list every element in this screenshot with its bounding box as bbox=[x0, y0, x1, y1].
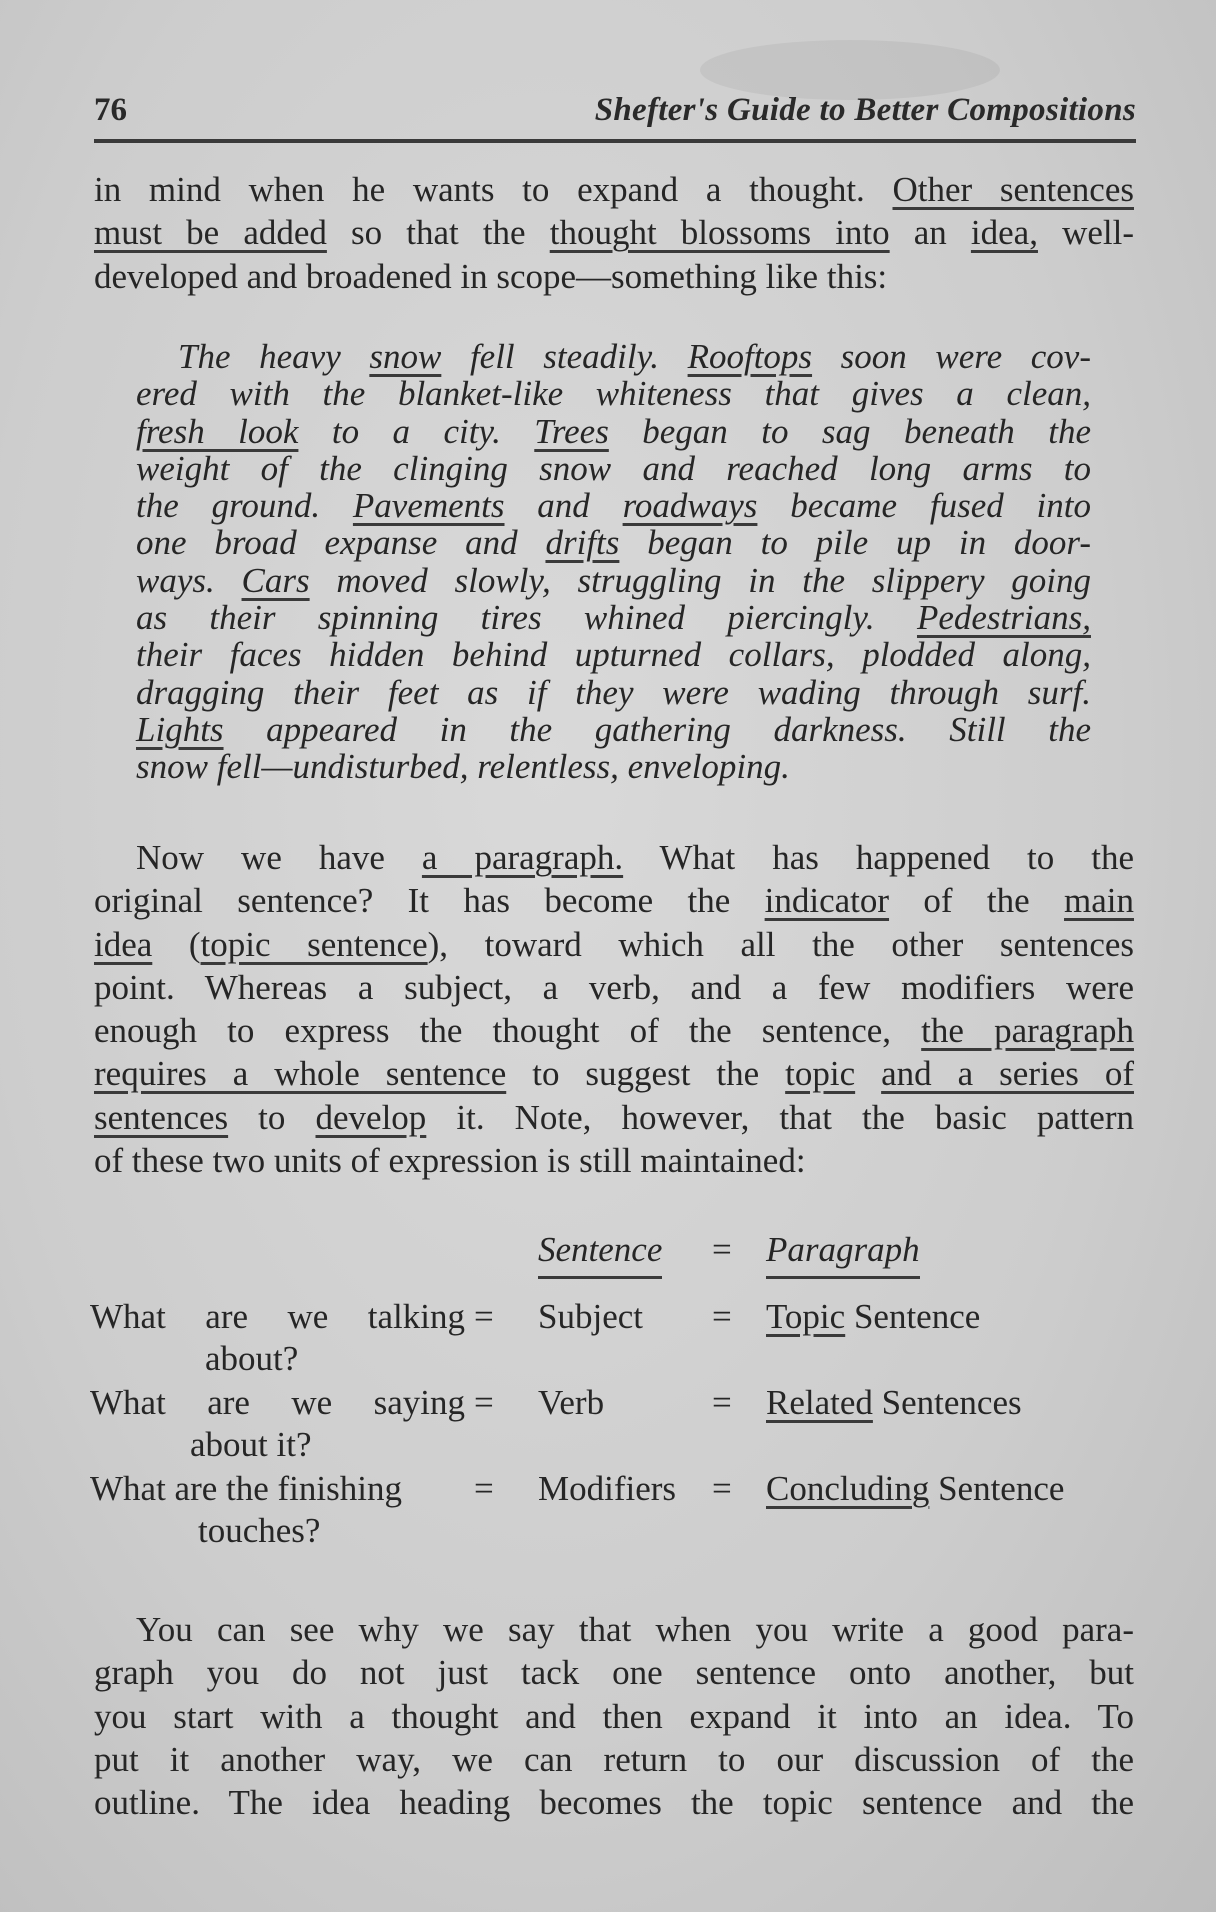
text-run: began to sag beneath the bbox=[609, 412, 1091, 451]
text-run: put it another way, we can return to our… bbox=[94, 1740, 1134, 1779]
paragraph-part: Topic Sentence bbox=[766, 1296, 980, 1338]
text-run: ways. bbox=[136, 561, 242, 600]
equals-sign: = bbox=[474, 1382, 494, 1424]
text-run: in mind when he wants to expand a though… bbox=[94, 170, 893, 209]
underlined-phrase: and a series of bbox=[881, 1054, 1134, 1093]
text-run: weight of the clinging snow and reached … bbox=[136, 449, 1091, 488]
text-run: ), toward which all the other sentences bbox=[428, 925, 1134, 964]
comparison-row: What are the finishing touches? = Modifi… bbox=[90, 1468, 1140, 1554]
text-line: The heavy snow fell steadily. Rooftops s… bbox=[136, 338, 1091, 375]
text-run: dragging their feet as if they were wadi… bbox=[136, 673, 1091, 712]
underlined-phrase: Pavements bbox=[353, 486, 505, 525]
header-rule bbox=[94, 139, 1136, 143]
text-run: outline. The idea heading becomes the to… bbox=[94, 1783, 1134, 1822]
equals-sign: = bbox=[712, 1382, 732, 1424]
underlined-phrase: sentences bbox=[94, 1098, 228, 1137]
text-run: to suggest the bbox=[506, 1054, 785, 1093]
underlined-phrase: topic sentence bbox=[201, 925, 428, 964]
underlined-phrase: Trees bbox=[534, 412, 609, 451]
text-line: original sentence? It has become the ind… bbox=[94, 879, 1134, 922]
term-rest: Sentence bbox=[929, 1469, 1064, 1508]
question-line-2: touches? bbox=[90, 1510, 465, 1552]
text-run: their faces hidden behind upturned colla… bbox=[136, 635, 1091, 674]
text-run: you start with a thought and then expand… bbox=[94, 1697, 1134, 1736]
text-run: appeared in the gathering darkness. Stil… bbox=[224, 710, 1091, 749]
text-run: to a city. bbox=[298, 412, 534, 451]
equals-sign: = bbox=[474, 1468, 494, 1510]
text-run: The heavy bbox=[178, 337, 369, 376]
text-run: began to pile up in door- bbox=[619, 523, 1091, 562]
text-line: Lights appeared in the gathering darknes… bbox=[136, 711, 1091, 748]
term-rest: Sentences bbox=[873, 1383, 1022, 1422]
text-run: well- bbox=[1038, 213, 1134, 252]
underlined-phrase: topic bbox=[785, 1054, 855, 1093]
underlined-phrase: Rooftops bbox=[688, 337, 812, 376]
underlined-term: Topic bbox=[766, 1297, 845, 1336]
term-rest: Sentence bbox=[845, 1297, 980, 1336]
underlined-phrase: roadways bbox=[623, 486, 758, 525]
underlined-phrase: snow bbox=[369, 337, 441, 376]
equals-sign: = bbox=[712, 1230, 732, 1270]
underlined-phrase: idea bbox=[94, 925, 152, 964]
paragraph-part: Related Sentences bbox=[766, 1382, 1022, 1424]
equals-sign: = bbox=[712, 1468, 732, 1510]
text-run: What has happened to the bbox=[623, 838, 1134, 877]
text-run: of the bbox=[889, 881, 1064, 920]
text-line: one broad expanse and drifts began to pi… bbox=[136, 524, 1091, 561]
text-run: snow fell—undisturbed, relentless, envel… bbox=[136, 747, 790, 786]
text-run bbox=[855, 1054, 881, 1093]
sentence-paragraph-comparison: Sentence = Paragraph What are we talking… bbox=[90, 1230, 1140, 1554]
underlined-phrase: Pedestrians, bbox=[917, 598, 1091, 637]
text-line: ered with the blanket-like whiteness tha… bbox=[136, 375, 1091, 412]
paragraph-part: Concluding Sentence bbox=[766, 1468, 1064, 1510]
text-run: graph you do not just tack one sentence … bbox=[94, 1653, 1134, 1692]
sentence-part: Subject bbox=[538, 1296, 643, 1338]
paper-smudge bbox=[700, 40, 1000, 100]
text-run: ( bbox=[152, 925, 200, 964]
text-run: it. Note, however, that the basic patter… bbox=[426, 1098, 1134, 1137]
text-line: the ground. Pavements and roadways becam… bbox=[136, 487, 1091, 524]
text-line: put it another way, we can return to our… bbox=[94, 1738, 1134, 1781]
underlined-phrase: must be added bbox=[94, 213, 327, 252]
text-run: developed and broadened in scope—somethi… bbox=[94, 257, 887, 296]
text-run: the ground. bbox=[136, 486, 353, 525]
text-line: developed and broadened in scope—somethi… bbox=[94, 255, 1134, 298]
question-line-1: What are we talking bbox=[90, 1296, 465, 1338]
text-line: requires a whole sentence to suggest the… bbox=[94, 1052, 1134, 1095]
question-line-2: about it? bbox=[90, 1424, 465, 1466]
equals-sign: = bbox=[474, 1296, 494, 1338]
question-line-2: about? bbox=[90, 1338, 465, 1380]
text-run: fell steadily. bbox=[441, 337, 687, 376]
text-run: Now we have bbox=[136, 838, 422, 877]
text-run: to bbox=[228, 1098, 315, 1137]
text-run: of these two units of expression is stil… bbox=[94, 1141, 806, 1180]
text-line: must be added so that the thought blosso… bbox=[94, 211, 1134, 254]
text-line: in mind when he wants to expand a though… bbox=[94, 168, 1134, 211]
text-line: fresh look to a city. Trees began to sag… bbox=[136, 413, 1091, 450]
underlined-phrase: the paragraph bbox=[921, 1011, 1134, 1050]
book-title: Shefter's Guide to Better Compositions bbox=[595, 92, 1136, 129]
text-line: ways. Cars moved slowly, struggling in t… bbox=[136, 562, 1091, 599]
text-run: as their spinning tires whined piercingl… bbox=[136, 598, 917, 637]
underlined-term: Related bbox=[766, 1383, 873, 1422]
paragraph-analysis: Now we have a paragraph. What has happen… bbox=[94, 836, 1134, 1182]
text-run: so that the bbox=[327, 213, 550, 252]
text-line: of these two units of expression is stil… bbox=[94, 1139, 1134, 1182]
underlined-phrase: drifts bbox=[545, 523, 619, 562]
text-run: ered with the blanket-like whiteness tha… bbox=[136, 374, 1091, 413]
text-line: graph you do not just tack one sentence … bbox=[94, 1651, 1134, 1694]
text-run: moved slowly, struggling in the slippery… bbox=[310, 561, 1091, 600]
running-head: 76 Shefter's Guide to Better Composition… bbox=[94, 92, 1136, 129]
underlined-term: Concluding bbox=[766, 1469, 929, 1508]
text-line: their faces hidden behind upturned colla… bbox=[136, 636, 1091, 673]
text-run: and bbox=[505, 486, 623, 525]
underlined-phrase: main bbox=[1064, 881, 1134, 920]
column-paragraph: Paragraph bbox=[766, 1230, 920, 1279]
text-line: idea (topic sentence), toward which all … bbox=[94, 923, 1134, 966]
text-run: point. Whereas a subject, a verb, and a … bbox=[94, 968, 1134, 1007]
underlined-phrase: thought blossoms into bbox=[550, 213, 890, 252]
text-line: snow fell—undisturbed, relentless, envel… bbox=[136, 748, 1091, 785]
paragraph-conclusion: You can see why we say that when you wri… bbox=[94, 1608, 1134, 1824]
underlined-phrase: idea, bbox=[971, 213, 1038, 252]
text-line: Now we have a paragraph. What has happen… bbox=[94, 836, 1134, 879]
text-line: as their spinning tires whined piercingl… bbox=[136, 599, 1091, 636]
paragraph-intro: in mind when he wants to expand a though… bbox=[94, 168, 1134, 298]
text-run: an bbox=[890, 213, 971, 252]
underlined-phrase: a paragraph. bbox=[422, 838, 623, 877]
row-question: What are we talking about? bbox=[90, 1296, 465, 1380]
comparison-row: What are we saying about it? = Verb = Re… bbox=[90, 1382, 1140, 1468]
text-line: sentences to develop it. Note, however, … bbox=[94, 1096, 1134, 1139]
text-line: you start with a thought and then expand… bbox=[94, 1695, 1134, 1738]
question-line-1: What are the finishing bbox=[90, 1468, 465, 1510]
underlined-phrase: fresh look bbox=[136, 412, 298, 451]
text-run: soon were cov- bbox=[812, 337, 1091, 376]
text-run: became fused into bbox=[757, 486, 1091, 525]
underlined-phrase: develop bbox=[316, 1098, 427, 1137]
underlined-phrase: requires a whole sentence bbox=[94, 1054, 506, 1093]
underlined-phrase: indicator bbox=[765, 881, 889, 920]
text-line: enough to express the thought of the sen… bbox=[94, 1009, 1134, 1052]
comparison-row: What are we talking about? = Subject = T… bbox=[90, 1296, 1140, 1382]
text-run: original sentence? It has become the bbox=[94, 881, 765, 920]
row-question: What are we saying about it? bbox=[90, 1382, 465, 1466]
text-line: point. Whereas a subject, a verb, and a … bbox=[94, 966, 1134, 1009]
page-number: 76 bbox=[94, 92, 127, 129]
comparison-header: Sentence = Paragraph bbox=[90, 1230, 1140, 1296]
text-run: enough to express the thought of the sen… bbox=[94, 1011, 921, 1050]
question-line-1: What are we saying bbox=[90, 1382, 465, 1424]
underlined-phrase: Lights bbox=[136, 710, 224, 749]
row-question: What are the finishing touches? bbox=[90, 1468, 465, 1552]
column-sentence: Sentence bbox=[538, 1230, 662, 1279]
book-page: 76 Shefter's Guide to Better Composition… bbox=[0, 0, 1216, 1912]
example-paragraph: The heavy snow fell steadily. Rooftops s… bbox=[136, 338, 1091, 786]
text-run: one broad expanse and bbox=[136, 523, 545, 562]
text-run: You can see why we say that when you wri… bbox=[136, 1610, 1134, 1649]
text-line: weight of the clinging snow and reached … bbox=[136, 450, 1091, 487]
text-line: dragging their feet as if they were wadi… bbox=[136, 674, 1091, 711]
equals-sign: = bbox=[712, 1296, 732, 1338]
sentence-part: Modifiers bbox=[538, 1468, 676, 1510]
text-line: outline. The idea heading becomes the to… bbox=[94, 1781, 1134, 1824]
text-line: You can see why we say that when you wri… bbox=[94, 1608, 1134, 1651]
underlined-phrase: Other sentences bbox=[893, 170, 1135, 209]
underlined-phrase: Cars bbox=[242, 561, 310, 600]
sentence-part: Verb bbox=[538, 1382, 604, 1424]
